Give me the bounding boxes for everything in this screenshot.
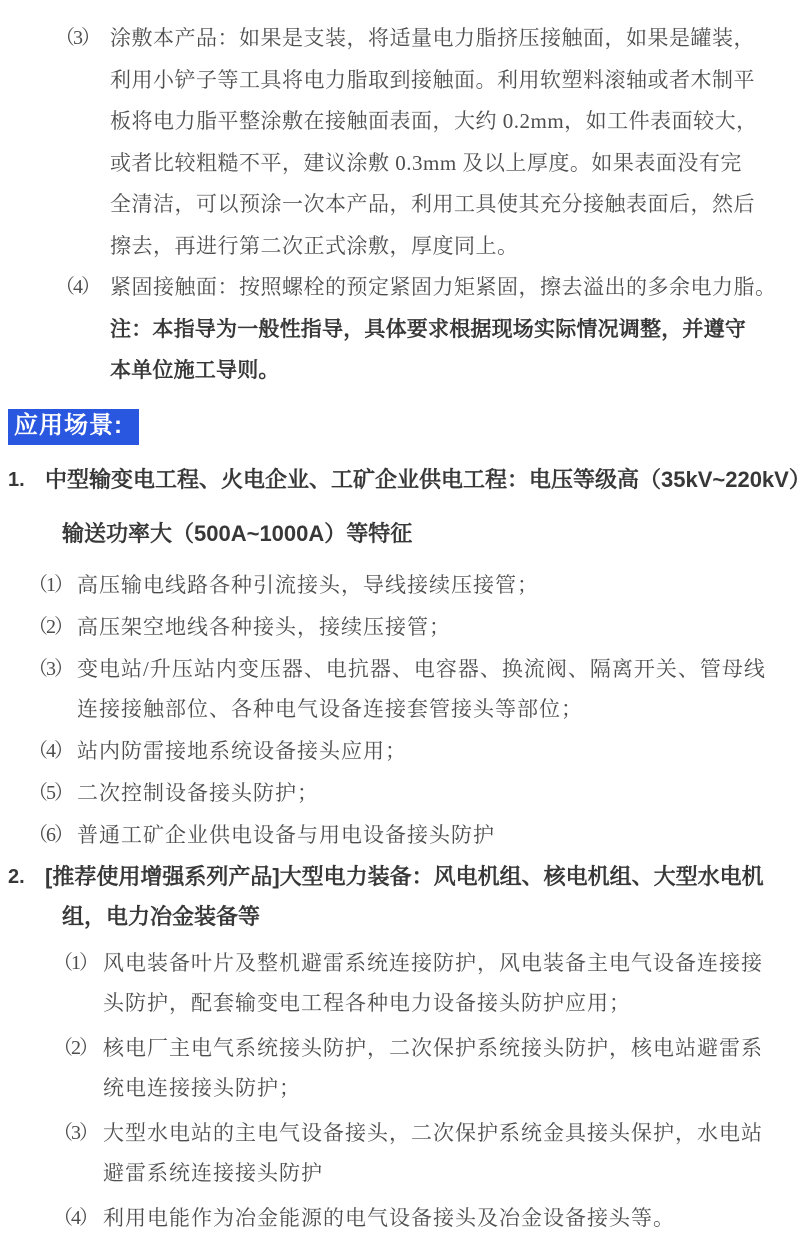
step-marker: （4） bbox=[55, 267, 110, 392]
scenario-title-line: 输送功率大（500A~1000A）等特征 bbox=[45, 507, 800, 561]
scenario-number: 1. bbox=[0, 453, 45, 561]
scenario-title-line: 中型输变电工程、火电企业、工矿企业供电工程：电压等级高（35kV~220kV）， bbox=[45, 453, 800, 507]
scenario-2-heading: 2. [推荐使用增强系列产品]大型电力装备：风电机组、核电机组、大型水电机 组，… bbox=[0, 857, 800, 937]
list-item: （5） 二次控制设备接头防护； bbox=[28, 773, 800, 813]
step-marker: （3） bbox=[55, 18, 110, 267]
scenario-title-line: [推荐使用增强系列产品]大型电力装备：风电机组、核电机组、大型水电机 bbox=[45, 857, 800, 897]
item-line: 核电厂主电气系统接头防护，二次保护系统接头防护，核电站避雷系 bbox=[103, 1028, 800, 1068]
scenario-2-item-list: （1） 风电装备叶片及整机避雷系统连接防护，风电装备主电气设备连接接 头防护，配… bbox=[0, 943, 800, 1238]
note-line: 注：本指导为一般性指导，具体要求根据现场实际情况调整，并遵守 bbox=[110, 309, 770, 351]
list-item: （1） 风电装备叶片及整机避雷系统连接防护，风电装备主电气设备连接接 头防护，配… bbox=[53, 943, 800, 1023]
scenario-1-heading: 1. 中型输变电工程、火电企业、工矿企业供电工程：电压等级高（35kV~220k… bbox=[0, 453, 800, 561]
note-line: 本单位施工导则。 bbox=[110, 350, 770, 392]
item-marker: （1） bbox=[28, 565, 77, 605]
list-item: （3） 变电站/升压站内变压器、电抗器、电容器、换流阀、隔离开关、管母线 连接接… bbox=[28, 649, 800, 729]
item-marker: （6） bbox=[28, 815, 77, 855]
step-line: 擦去，再进行第二次正式涂敷，厚度同上。 bbox=[110, 226, 770, 268]
item-line: 大型水电站的主电气设备接头，二次保护系统金具接头保护，水电站 bbox=[103, 1113, 800, 1153]
scenario-number: 2. bbox=[0, 857, 45, 937]
item-line: 连接接触部位、各种电气设备连接套管接头等部位； bbox=[77, 689, 800, 729]
list-item: （1） 高压输电线路各种引流接头，导线接续压接管； bbox=[28, 565, 800, 605]
list-item: （4） 站内防雷接地系统设备接头应用； bbox=[28, 731, 800, 771]
item-line: 风电装备叶片及整机避雷系统连接防护，风电装备主电气设备连接接 bbox=[103, 943, 800, 983]
item-line: 变电站/升压站内变压器、电抗器、电容器、换流阀、隔离开关、管母线 bbox=[77, 649, 800, 689]
item-line: 普通工矿企业供电设备与用电设备接头防护 bbox=[77, 815, 800, 855]
item-line: 头防护，配套输变电工程各种电力设备接头防护应用； bbox=[103, 983, 800, 1023]
item-line: 统电连接接头防护； bbox=[103, 1068, 800, 1108]
list-item: （6） 普通工矿企业供电设备与用电设备接头防护 bbox=[28, 815, 800, 855]
step-line: 全清洁，可以预涂一次本产品，利用工具使其充分接触表面后，然后 bbox=[110, 184, 770, 226]
document-page: （3） 涂敷本产品：如果是支装，将适量电力脂挤压接触面，如果是罐装， 利用小铲子… bbox=[0, 0, 800, 1243]
item-marker: （3） bbox=[28, 649, 77, 729]
step-line: 板将电力脂平整涂敷在接触面表面，大约 0.2mm，如工件表面较大， bbox=[110, 101, 770, 143]
item-line: 二次控制设备接头防护； bbox=[77, 773, 800, 813]
item-line: 利用电能作为冶金能源的电气设备接头及冶金设备接头等。 bbox=[103, 1198, 800, 1238]
procedure-step-3: （3） 涂敷本产品：如果是支装，将适量电力脂挤压接触面，如果是罐装， 利用小铲子… bbox=[55, 18, 770, 267]
procedure-section: （3） 涂敷本产品：如果是支装，将适量电力脂挤压接触面，如果是罐装， 利用小铲子… bbox=[0, 0, 800, 392]
list-item: （4） 利用电能作为冶金能源的电气设备接头及冶金设备接头等。 bbox=[53, 1198, 800, 1238]
item-line: 高压输电线路各种引流接头，导线接续压接管； bbox=[77, 565, 800, 605]
step-body: 紧固接触面：按照螺栓的预定紧固力矩紧固，擦去溢出的多余电力脂。 注：本指导为一般… bbox=[110, 267, 770, 392]
scenario-title-line: 组，电力冶金装备等 bbox=[45, 897, 800, 937]
item-line: 站内防雷接地系统设备接头应用； bbox=[77, 731, 800, 771]
item-marker: （1） bbox=[53, 943, 103, 1023]
list-item: （2） 高压架空地线各种接头，接续压接管； bbox=[28, 607, 800, 647]
step-line: 或者比较粗糙不平，建议涂敷 0.3mm 及以上厚度。如果表面没有完 bbox=[110, 143, 770, 185]
item-marker: （4） bbox=[53, 1198, 103, 1238]
item-line: 避雷系统连接接头防护 bbox=[103, 1153, 800, 1193]
item-marker: （2） bbox=[53, 1028, 103, 1108]
step-body: 涂敷本产品：如果是支装，将适量电力脂挤压接触面，如果是罐装， 利用小铲子等工具将… bbox=[110, 18, 770, 267]
item-marker: （3） bbox=[53, 1113, 103, 1193]
scenario-1-item-list: （1） 高压输电线路各种引流接头，导线接续压接管； （2） 高压架空地线各种接头… bbox=[0, 565, 800, 855]
item-marker: （2） bbox=[28, 607, 77, 647]
section-heading-application-scenarios: 应用场景: bbox=[8, 409, 139, 445]
step-line: 涂敷本产品：如果是支装，将适量电力脂挤压接触面，如果是罐装， bbox=[110, 18, 770, 60]
scenario-title: 中型输变电工程、火电企业、工矿企业供电工程：电压等级高（35kV~220kV），… bbox=[45, 453, 800, 561]
step-line: 紧固接触面：按照螺栓的预定紧固力矩紧固，擦去溢出的多余电力脂。 bbox=[110, 267, 770, 309]
list-item: （2） 核电厂主电气系统接头防护，二次保护系统接头防护，核电站避雷系 统电连接接… bbox=[53, 1028, 800, 1108]
list-item: （3） 大型水电站的主电气设备接头，二次保护系统金具接头保护，水电站 避雷系统连… bbox=[53, 1113, 800, 1193]
scenario-title: [推荐使用增强系列产品]大型电力装备：风电机组、核电机组、大型水电机 组，电力冶… bbox=[45, 857, 800, 937]
item-marker: （5） bbox=[28, 773, 77, 813]
item-marker: （4） bbox=[28, 731, 77, 771]
procedure-step-4: （4） 紧固接触面：按照螺栓的预定紧固力矩紧固，擦去溢出的多余电力脂。 注：本指… bbox=[55, 267, 770, 392]
step-line: 利用小铲子等工具将电力脂取到接触面。利用软塑料滚轴或者木制平 bbox=[110, 60, 770, 102]
item-line: 高压架空地线各种接头，接续压接管； bbox=[77, 607, 800, 647]
